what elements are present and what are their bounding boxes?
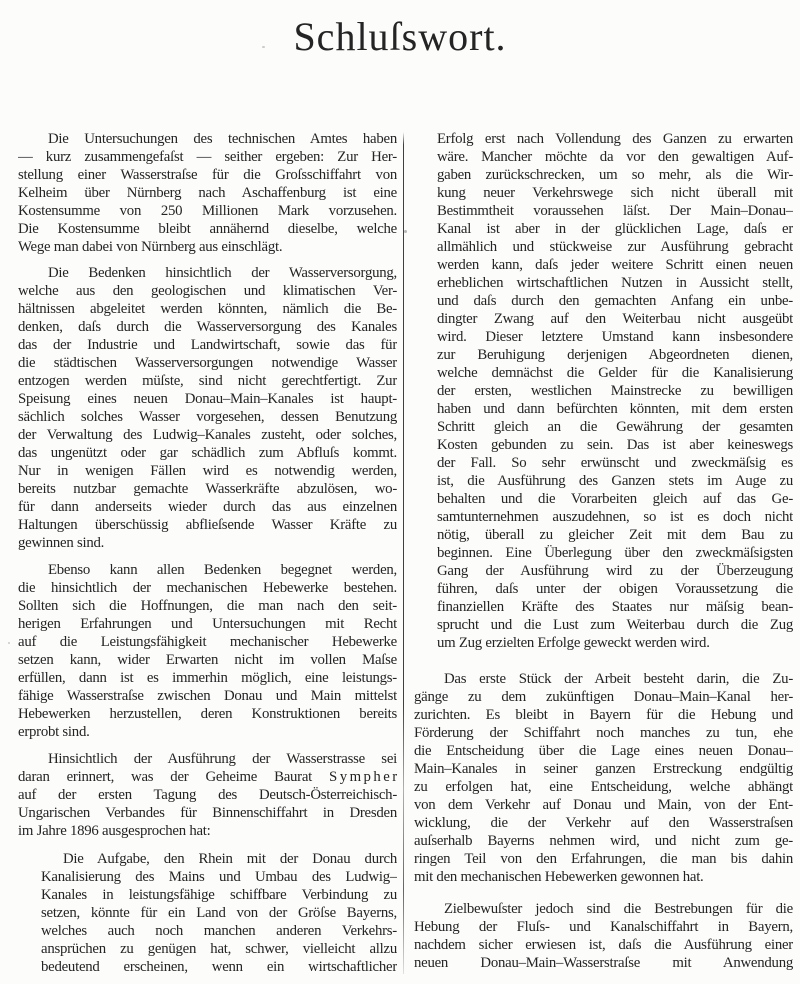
text-line: der ersten, westlichen Mainstrecke zu be… (437, 382, 793, 400)
paragraph: Die Untersuchungen des technischen Amtes… (18, 130, 397, 256)
text-line: bedeutend erscheinen, wenn ein wirtschaf… (41, 958, 397, 976)
text-line: neuen Donau–Main–Wasserstraſse mit Anwen… (414, 954, 793, 972)
paragraph: Die Bedenken hinsichtlich der Wasservers… (18, 264, 397, 552)
text-line: Die Bedenken hinsichtlich der Wasservers… (18, 264, 397, 282)
text-line: samtunternehmen auszudehnen, so ist es d… (437, 508, 793, 526)
text-line: werden kann, daſs jeder weitere Schritt … (437, 256, 793, 274)
scan-speck (262, 46, 265, 48)
text-line: mit den mechanischen Hebewerken gewonnen… (414, 868, 793, 886)
text-line: das der Industrie und Landwirtschaft, so… (18, 336, 397, 354)
text-line: gänge zu dem zukünftigen Donau–Main–Kana… (414, 688, 793, 706)
text-columns: Die Untersuchungen des technischen Amtes… (18, 130, 793, 976)
text-line: — kurz zusammengefaſst — seither ergeben… (18, 148, 397, 166)
text-line: sächlich solches Wasser vorgesehen, dess… (18, 408, 397, 426)
text-line: stellung einer Wasserstraſse für die Gro… (18, 166, 397, 184)
text-line: entzogen werden müſste, sind nicht gerec… (18, 372, 397, 390)
text-line: die hinsichtlich der mechanischen Hebewe… (18, 579, 397, 597)
text-line: Hebewerken herzustellen, deren Konstrukt… (18, 705, 397, 723)
text-line: Kosten gebunden zu sein. Das ist aber ke… (437, 436, 793, 454)
right-column: Erfolg erst nach Vollendung des Ganzen z… (414, 130, 793, 976)
left-column: Die Untersuchungen des technischen Amtes… (18, 130, 397, 976)
text-line: das ungenützt oder gar schädlich zum Abf… (18, 444, 397, 462)
text-line: wird. Dieser letztere Umstand kann insbe… (437, 328, 793, 346)
text-line: auſserhalb Bayerns nehmen wird, und nich… (414, 832, 793, 850)
scanned-book-page: Schluſswort. Die Untersuchungen des tech… (0, 0, 800, 984)
text-line: die Entscheidung über die Lage eines neu… (414, 742, 793, 760)
text-line: um Zug erzielten Erfolge geweckt werden … (437, 634, 793, 652)
text-line: Das erste Stück der Arbeit besteht darin… (414, 670, 793, 688)
text-line: bereits nutzbar gemachte Wasserkräfte ab… (18, 480, 397, 498)
text-line: Schritt gleich an die Gewährung der gesa… (437, 418, 793, 436)
text-line: Hebung der Fluſs- und Kanalschiffahrt in… (414, 918, 793, 936)
paragraph: Das erste Stück der Arbeit besteht darin… (414, 670, 793, 886)
text-line: Nur in wenigen Fällen wird es notwendig … (18, 462, 397, 480)
text-line: nötig, überall zu gleicher Zeit mit dem … (437, 526, 793, 544)
page-title: Schluſswort. (0, 14, 800, 60)
text-line: welche aus den geologischen und klimatis… (18, 282, 397, 300)
text-line: wicklung, die der Verkehr auf den Wasser… (414, 814, 793, 832)
text-line: setzen kann, wider Erwarten nicht im vol… (18, 651, 397, 669)
text-line: gewinnen sind. (18, 534, 397, 552)
text-line: herigen Erfahrungen und Untersuchungen m… (18, 615, 397, 633)
text-line: für dann anderseits wieder durch das aus… (18, 498, 397, 516)
scan-speck (8, 642, 10, 644)
text-line: finanziellen Kräfte des Staates nur mäſs… (437, 598, 793, 616)
text-line: sprucht und die Lust zum Weiterbau durch… (437, 616, 793, 634)
text-line: Hinsichtlich der Ausführung der Wasserst… (18, 750, 397, 768)
text-line: Förderung der Schiffahrt noch manches zu… (414, 724, 793, 742)
text-line: denken, daſs durch die Wasserversorgung … (18, 318, 397, 336)
text-line: der Fall. So sehr erwünscht und zweckmäſ… (437, 454, 793, 472)
text-line: Wege man dabei von Nürnberg aus einschlä… (18, 238, 397, 256)
text-line: Ungarischen Verbandes für Binnenschiffah… (18, 804, 397, 822)
scan-speck (404, 230, 407, 233)
text-line: Die Untersuchungen des technischen Amtes… (18, 130, 397, 148)
text-line: führen, daſs unter der obigen Voraussetz… (437, 580, 793, 598)
text-line: Die Aufgabe, den Rhein mit der Donau dur… (41, 850, 397, 868)
text-line: Ebenso kann allen Bedenken begegnet werd… (18, 561, 397, 579)
text-line: zu erfolgen hat, eine Entscheidung, welc… (414, 778, 793, 796)
text-line: Erfolg erst nach Vollendung des Ganzen z… (437, 130, 793, 148)
text-line: Bestimmtheit voraussehen läſst. Der Main… (437, 202, 793, 220)
text-line: zurichten. Es bleibt in Bayern für die H… (414, 706, 793, 724)
text-line: auf die Leistungsfähigkeit mechanischer … (18, 633, 397, 651)
text-line: Kanales in leistungsfähige schiffbare Ve… (41, 886, 397, 904)
text-line: erfüllen, dann ist es immerhin möglich, … (18, 669, 397, 687)
text-line: behalten und die Vorarbeiten gleich auf … (437, 490, 793, 508)
text-line: und daſs durch den gemachten Anfang ein … (437, 292, 793, 310)
text-line: der Verwaltung des Ludwig–Kanales zusteh… (18, 426, 397, 444)
text-line: Kostensumme von 250 Millionen Mark vorzu… (18, 202, 397, 220)
text-line: Sollten sich die Hoffnungen, die man nac… (18, 597, 397, 615)
text-line: erprobt sind. (18, 723, 397, 741)
text-line: Speisung eines neuen Donau–Main–Kanales … (18, 390, 397, 408)
text-line: setzen, könnte für ein Land von der Gröſ… (41, 904, 397, 922)
text-line: erheblichen wirtschaftlichen Nutzen in A… (437, 274, 793, 292)
text-line: Main–Kanales in seiner ganzen Erstreckun… (414, 760, 793, 778)
text-line: nachdem sicher erwiesen ist, daſs die Au… (414, 936, 793, 954)
text-line: die städtischen Wasserversorgungen notwe… (18, 354, 397, 372)
text-line: im Jahre 1896 ausgesprochen hat: (18, 822, 397, 840)
text-line: zur Beruhigung derjenigen Abgeordneten d… (437, 346, 793, 364)
text-line: auf der ersten Tagung des Deutsch-Österr… (18, 786, 397, 804)
text-line: haben und dann befürchten könnten, mit d… (437, 400, 793, 418)
text-line: hältnissen abgeleitet werden könnten, nä… (18, 300, 397, 318)
text-line: welche demnächst die Gelder für die Kana… (437, 364, 793, 382)
text-line: fähige Wasserstraſse zwischen Donau und … (18, 687, 397, 705)
text-line: kung neuer Verkehrswege sich nicht übera… (437, 184, 793, 202)
text-line: welches auch noch manchen anderen Verkeh… (41, 922, 397, 940)
text-line: Haltungen überschüssig abflieſsende Wass… (18, 516, 397, 534)
text-line: ist, die Ausführung des Ganzen stets im … (437, 472, 793, 490)
text-line: wäre. Mancher möchte da vor den gewaltig… (437, 148, 793, 166)
text-line: von dem Verkehr auf Donau und Main, von … (414, 796, 793, 814)
text-line: ansprüchen zu genügen hat, schwer, viell… (41, 940, 397, 958)
text-line: Zielbewuſster jedoch sind die Bestrebung… (414, 900, 793, 918)
text-line: Gang der Ausführung wird zu der Überzeug… (437, 562, 793, 580)
quote-paragraph: Erfolg erst nach Vollendung des Ganzen z… (437, 130, 793, 652)
text-line: Kelheim über Nürnberg nach Aschaffenburg… (18, 184, 397, 202)
text-line: Kanalisierung des Mains und Umbau des Lu… (41, 868, 397, 886)
text-line: dingter Zwang auf den Weiterbau nicht au… (437, 310, 793, 328)
text-line: Die Kostensumme bleibt annähernd dieselb… (18, 220, 397, 238)
text-line: Kanal ist aber in der glücklichen Lage, … (437, 220, 793, 238)
paragraph: Zielbewuſster jedoch sind die Bestrebung… (414, 900, 793, 972)
text-line: gaben zurückschrecken, um so mehr, als d… (437, 166, 793, 184)
text-line: allmählich und stückweise zur Ausführung… (437, 238, 793, 256)
text-line: ringen Teil von den Erfahrungen, die man… (414, 850, 793, 868)
text-line: beginnen. Eine Überlegung über den zweck… (437, 544, 793, 562)
paragraph: Ebenso kann allen Bedenken begegnet werd… (18, 561, 397, 741)
paragraph: Hinsichtlich der Ausführung der Wasserst… (18, 750, 397, 840)
text-line: daran erinnert, was der Geheime Baurat S… (18, 768, 397, 786)
quote-paragraph: Die Aufgabe, den Rhein mit der Donau dur… (41, 850, 397, 976)
